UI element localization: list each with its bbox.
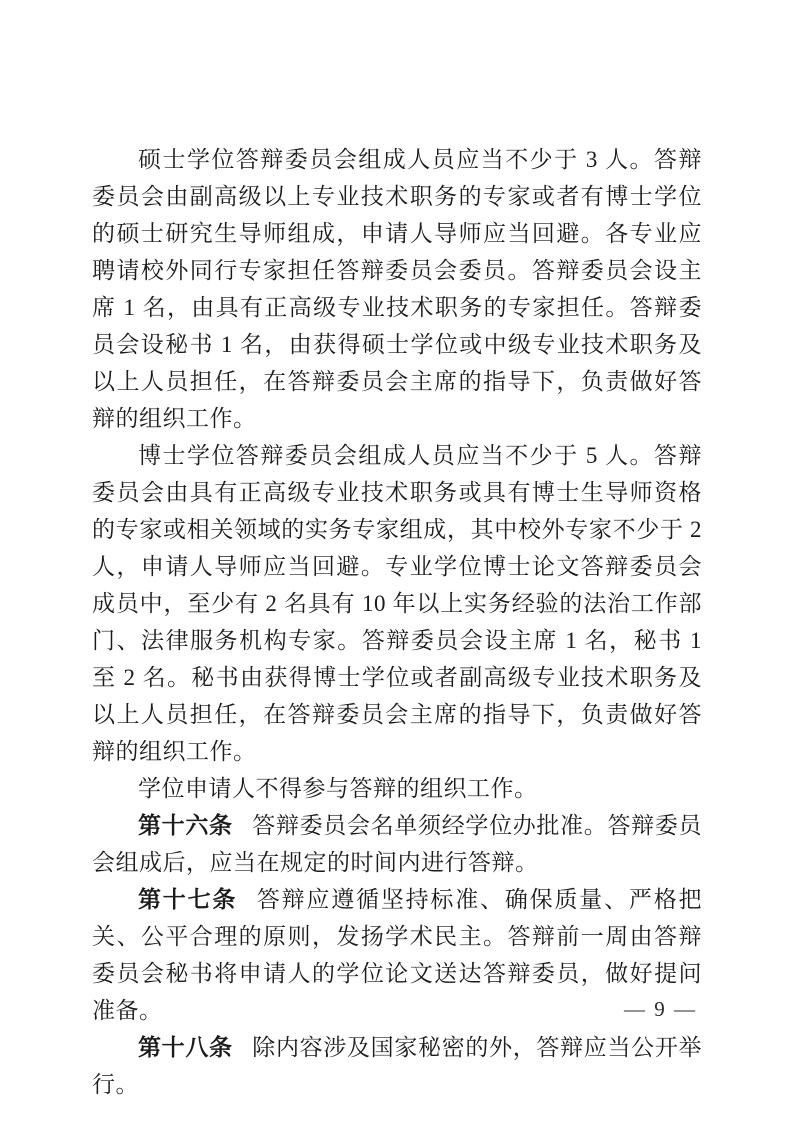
paragraph-applicant-restriction: 学位申请人不得参与答辩的组织工作。 [92, 770, 702, 807]
paragraph-masters-committee: 硕士学位答辩委员会组成人员应当不少于 3 人。答辩委员会由副高级以上专业技术职务… [92, 141, 702, 437]
paragraph-article-17: 第十七条答辩应遵循坚持标准、确保质量、严格把关、公平合理的原则，发扬学术民主。答… [92, 881, 702, 1029]
article-17-heading: 第十七条 [138, 886, 237, 912]
paragraph-article-16: 第十六条答辩委员会名单须经学位办批准。答辩委员会组成后，应当在规定的时间内进行答… [92, 807, 702, 881]
document-page: 硕士学位答辩委员会组成人员应当不少于 3 人。答辩委员会由副高级以上专业技术职务… [0, 0, 793, 1122]
paragraph-article-18: 第十八条除内容涉及国家秘密的外，答辩应当公开举行。 [92, 1029, 702, 1103]
paragraph-doctoral-committee: 博士学位答辩委员会组成人员应当不少于 5 人。答辩委员会由具有正高级专业技术职务… [92, 437, 702, 770]
article-18-heading: 第十八条 [138, 1034, 233, 1060]
page-number: — 9 — [624, 995, 697, 1023]
document-body: 硕士学位答辩委员会组成人员应当不少于 3 人。答辩委员会由副高级以上专业技术职务… [92, 141, 702, 1103]
paragraph-text: 硕士学位答辩委员会组成人员应当不少于 3 人。答辩委员会由副高级以上专业技术职务… [92, 147, 702, 431]
paragraph-text: 学位申请人不得参与答辩的组织工作。 [138, 776, 538, 801]
article-16-heading: 第十六条 [138, 812, 233, 838]
paragraph-text: 博士学位答辩委员会组成人员应当不少于 5 人。答辩委员会由具有正高级专业技术职务… [92, 443, 702, 764]
